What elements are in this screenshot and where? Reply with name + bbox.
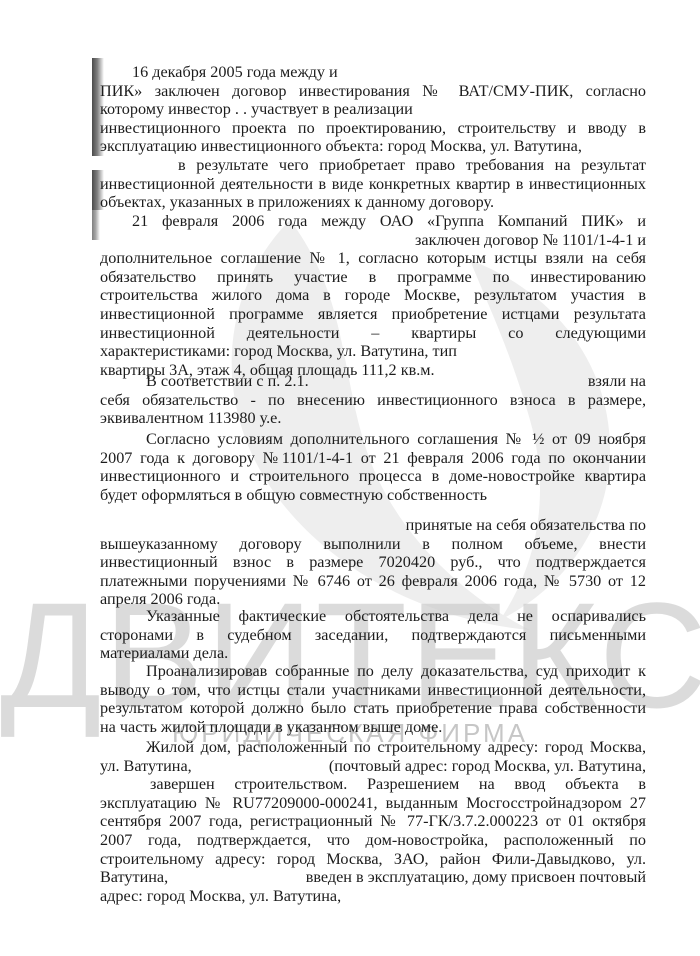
text-line: вышеуказанному договору выполнили в полн… xyxy=(100,535,646,554)
text-line: инвестиционной деятельности – квартиры с… xyxy=(100,324,646,343)
paragraph-3: В соответствии с п. 2.1. взяли на себя о… xyxy=(100,372,646,428)
text-line: объектах, указанных в приложениях к данн… xyxy=(100,193,646,212)
text-line: 21 февраля 2006 года между ОАО «Группа К… xyxy=(100,212,646,231)
text-line: заключен договор № 1101/1-4-1 и xyxy=(100,231,646,250)
paragraph-1: 16 декабря 2005 года между и ПИК» заключ… xyxy=(100,63,646,212)
paragraph-7: Проанализировав собранные по делу доказа… xyxy=(100,662,646,736)
text-line: 2007 года, подтверждается, что дом-новос… xyxy=(100,831,646,850)
text-line-part: ул. Ватутина, xyxy=(100,757,192,775)
text-line: инвестиционной программе является приобр… xyxy=(100,305,646,324)
text-line: строительства жилого дома в городе Москв… xyxy=(100,286,646,305)
text-line: в результате чего приобретает право треб… xyxy=(100,156,646,175)
text-line: 2007 года к договору №1101/1-4-1 от 21 ф… xyxy=(100,449,646,468)
text-line: эквивалентном 113980 у.е. xyxy=(100,409,646,428)
text-line: характеристиками: город Москва, ул. Вату… xyxy=(100,342,646,361)
text-line-part: (почтовый адрес: город Москва, ул. Ватут… xyxy=(329,757,646,776)
text-line: завершен строительством. Разрешением на … xyxy=(100,775,646,794)
text-line: ул. Ватутина, (почтовый адрес: город Мос… xyxy=(100,757,646,776)
paragraph-6: Указанные фактические обстоятельства дел… xyxy=(100,607,646,663)
paragraph-2: 21 февраля 2006 года между ОАО «Группа К… xyxy=(100,212,646,379)
text-line: на часть жилой площади в указанном выше … xyxy=(100,718,646,737)
text-line-part: взяли на xyxy=(588,372,646,391)
text-line: платежными поручениями № 6746 от 26 февр… xyxy=(100,572,646,591)
paragraph-8: Жилой дом, расположенный по строительном… xyxy=(100,738,646,905)
text-line-part: В соответствии с п. 2.1. xyxy=(100,372,309,390)
text-line: себя обязательство - по внесению инвести… xyxy=(100,391,646,410)
text-line: эксплуатацию инвестиционного объекта: го… xyxy=(100,137,646,156)
text-line: выводу о том, что истцы стали участникам… xyxy=(100,681,646,700)
text-line: Согласно условиям дополнительного соглаш… xyxy=(100,430,646,449)
paragraph-5: принятые на себя обязательства по вышеук… xyxy=(100,516,646,609)
text-line: инвестиционного проекта по проектировани… xyxy=(100,119,646,138)
text-line: строительному адресу: город Москва, ЗАО,… xyxy=(100,850,646,869)
text-line: В соответствии с п. 2.1. взяли на xyxy=(100,372,646,391)
text-line: Проанализировав собранные по делу доказа… xyxy=(100,662,646,681)
text-line: эксплуатацию № RU77209000-000241, выданн… xyxy=(100,794,646,813)
scan-edge-shadow xyxy=(92,210,100,240)
text-line: обязательство принять участие в программ… xyxy=(100,268,646,287)
text-line: результатом которой должно было стать пр… xyxy=(100,699,646,718)
text-line: сторонами в судебном заседании, подтверж… xyxy=(100,626,646,645)
text-line: сентября 2007 года, регистрационный № 77… xyxy=(100,812,646,831)
text-line: адрес: город Москва, ул. Ватутина, xyxy=(100,887,646,906)
text-line: материалами дела. xyxy=(100,644,646,663)
text-line: инвестиционной деятельности в виде конкр… xyxy=(100,175,646,194)
text-line: Указанные фактические обстоятельства дел… xyxy=(100,607,646,626)
text-line-part: введен в эксплуатацию, дому присвоен поч… xyxy=(306,868,646,887)
text-line: ПИК» заключен договор инвестирования № В… xyxy=(100,82,646,101)
text-line: принятые на себя обязательства по xyxy=(100,516,646,535)
text-line: будет оформляться в общую совместную соб… xyxy=(100,486,646,505)
text-line: которому инвестор . . участвует в реализ… xyxy=(100,100,646,119)
text-line: инвестиционный взнос в размере 7020420 р… xyxy=(100,553,646,572)
text-line: Жилой дом, расположенный по строительном… xyxy=(100,738,646,757)
paragraph-4: Согласно условиям дополнительного соглаш… xyxy=(100,430,646,504)
text-line: дополнительное соглашение № 1, согласно … xyxy=(100,249,646,268)
text-line: инвестиционного и строительного процесса… xyxy=(100,467,646,486)
text-line-part: Ватутина, xyxy=(100,868,168,886)
document-page: ДВИТЕКС ЮРИДИЧЕСКАЯ ФИРМА 16 декабря 200… xyxy=(0,0,700,956)
text-line-part: которому инвестор . . участвует в реализ… xyxy=(100,100,413,118)
text-line: 16 декабря 2005 года между и xyxy=(100,63,646,82)
text-line: Ватутина, введен в эксплуатацию, дому пр… xyxy=(100,868,646,887)
